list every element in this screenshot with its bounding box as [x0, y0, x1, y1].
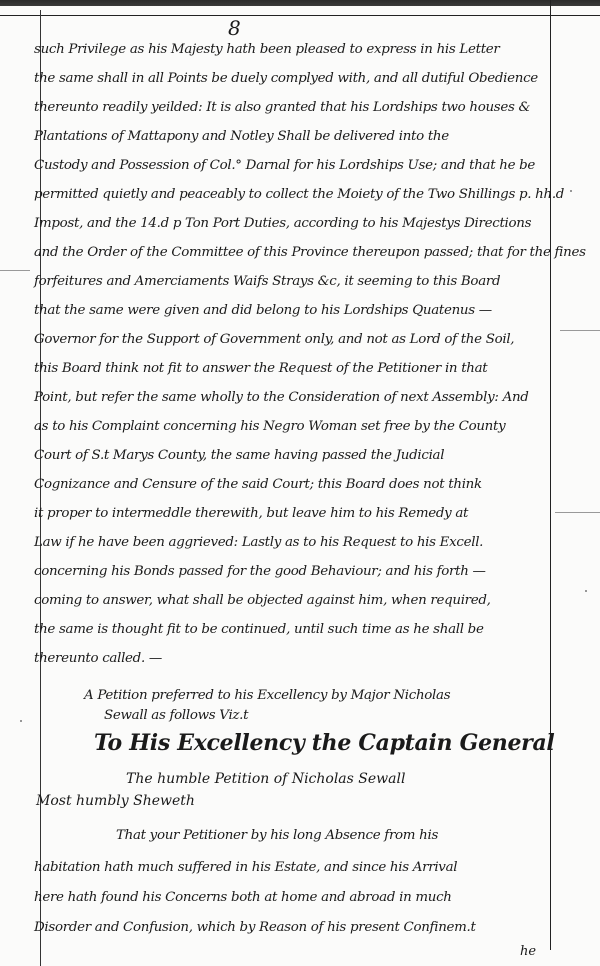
scan-artifact-line — [0, 270, 30, 271]
body-line: Law if he have been aggrieved: Lastly as… — [34, 533, 483, 553]
body-line: permitted quietly and peaceably to colle… — [34, 185, 564, 205]
petition-intro-line: Sewall as follows Viz.t — [104, 706, 248, 726]
body-line: the same shall in all Points be duely co… — [34, 69, 538, 89]
catchword: he — [520, 944, 536, 959]
petition-subtitle: The humble Petition of Nicholas Sewall — [126, 771, 405, 787]
body-line: and the Order of the Committee of this P… — [34, 243, 586, 263]
body-line: Governor for the Support of Government o… — [34, 330, 514, 350]
petition-title: To His Excellency the Captain General — [94, 730, 554, 756]
right-margin-rule — [550, 0, 551, 950]
body-line: Court of S.t Marys County, the same havi… — [34, 446, 444, 466]
petition-line: Disorder and Confusion, which by Reason … — [34, 918, 476, 938]
body-line: Point, but refer the same wholly to the … — [34, 388, 529, 408]
body-line: forfeitures and Amerciaments Waifs Stray… — [34, 272, 500, 292]
body-line: Plantations of Mattapony and Notley Shal… — [34, 127, 449, 147]
body-line: it proper to intermeddle therewith, but … — [34, 504, 468, 524]
body-line: Cognizance and Censure of the said Court… — [34, 475, 482, 495]
scan-artifact-line — [560, 330, 600, 331]
scan-top-edge — [0, 0, 600, 6]
body-line: coming to answer, what shall be objected… — [34, 591, 491, 611]
body-line: as to his Complaint concerning his Negro… — [34, 417, 505, 437]
body-line: thereunto readily yeilded: It is also gr… — [34, 98, 530, 118]
body-line: the same is thought fit to be continued,… — [34, 620, 484, 640]
body-line: this Board think not fit to answer the R… — [34, 359, 487, 379]
top-ruled-line — [0, 15, 600, 16]
scan-artifact-line — [555, 512, 600, 513]
body-line: that the same were given and did belong … — [34, 301, 492, 321]
body-line: Custody and Possession of Col.° Darnal f… — [34, 156, 535, 176]
scan-speck — [20, 720, 22, 722]
scan-speck — [570, 190, 572, 192]
body-line: Impost, and the 14.d p Ton Port Duties, … — [34, 214, 531, 234]
petition-line: habitation hath much suffered in his Est… — [34, 858, 457, 878]
petition-line: That your Petitioner by his long Absence… — [116, 826, 438, 846]
petition-salutation: Most humbly Sheweth — [36, 793, 195, 809]
body-line: such Privilege as his Majesty hath been … — [34, 40, 500, 60]
scan-speck — [585, 590, 587, 592]
page-number: 8 — [228, 16, 241, 40]
petition-line: here hath found his Concerns both at hom… — [34, 888, 452, 908]
petition-intro-line: A Petition preferred to his Excellency b… — [84, 686, 450, 706]
body-line: thereunto called. — — [34, 649, 162, 669]
body-line: concerning his Bonds passed for the good… — [34, 562, 486, 582]
